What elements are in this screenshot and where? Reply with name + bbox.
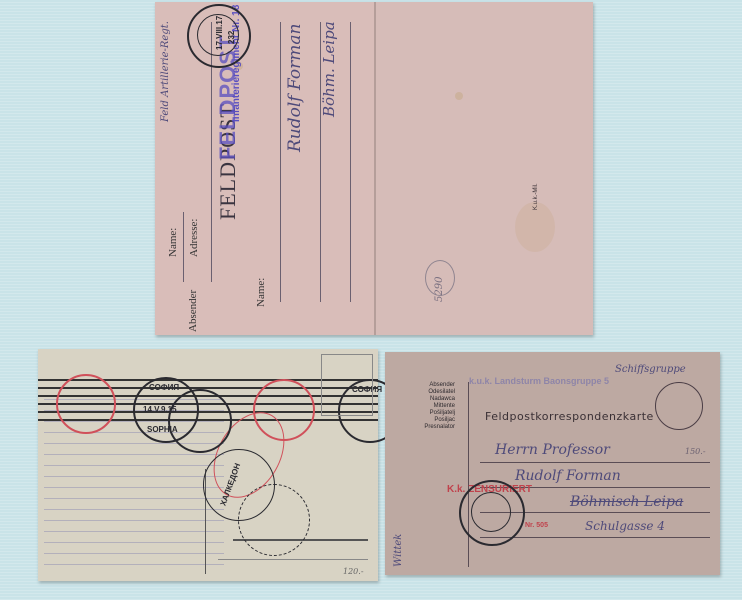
postmark-city: СОФИЯ <box>149 383 179 392</box>
second-postmark <box>168 389 232 453</box>
stamp-box <box>321 354 373 416</box>
address-line <box>280 22 281 302</box>
recipient-line: Herrn Professor <box>495 442 610 458</box>
etappenpostamt-postmark <box>459 480 525 546</box>
recipient-line: Rudolf Forman <box>515 468 621 484</box>
postmark-number: 232 <box>227 31 236 44</box>
card-title: Feldpostkorrespondenzkarte <box>485 410 654 423</box>
sender-label: Presnalator <box>415 424 455 431</box>
recipient-line: Böhmisch Leipa <box>570 494 683 510</box>
pencil-number: 5290 <box>434 277 445 302</box>
sender-label: Posiljac <box>415 417 455 424</box>
postmark-text: ХАЛКЕДОН <box>218 462 242 507</box>
feldpost-folded-card: Absender Name: Adresse: Name: FELDPOST F… <box>155 2 593 335</box>
unit-header: k.u.k. Landsturm Baonsgruppe 5 <box>469 376 609 386</box>
paper-stain <box>455 92 463 100</box>
postmark-date: 17.VIII.17 <box>215 16 224 50</box>
card-back-half <box>376 2 593 335</box>
sender-label: Nadawca <box>415 396 455 403</box>
address-label: Adresse: <box>188 219 200 258</box>
price-note: 150.- <box>685 447 706 456</box>
printer-mark: K.u.k.-Mil. <box>533 183 539 210</box>
recipient-name-label: Name: <box>255 278 267 307</box>
card-fold-line <box>374 2 376 335</box>
sender-labels: Absender Odesilatel Nadawca Mittente Poš… <box>415 382 455 431</box>
address-line <box>218 559 368 560</box>
feldpostamt-postmark: 17.VIII.17 232 <box>187 4 251 68</box>
dotted-postmark <box>238 484 310 556</box>
handwritten-place: Böhm. Leipa <box>320 21 338 117</box>
sender-handwriting: Wittek <box>393 534 404 567</box>
postmark-inner-ring <box>471 492 511 532</box>
price-note: 120.- <box>343 567 364 576</box>
handwritten-sender: Feld Artillerie-Regt. <box>160 21 171 122</box>
name-label: Name: <box>167 228 179 257</box>
censor-number: Nr. 505 <box>525 522 548 529</box>
sender-divider <box>468 382 469 567</box>
stamp-circle <box>655 382 703 430</box>
sender-label: Absender <box>187 290 199 332</box>
sender-label: Odesilatel <box>415 389 455 396</box>
address-line <box>480 537 710 538</box>
censor-stamp <box>56 374 116 434</box>
sender-label: Absender <box>415 382 455 389</box>
sender-label: Mittente <box>415 403 455 410</box>
handwritten-recipient: Rudolf Forman <box>285 24 305 152</box>
address-line <box>350 22 351 302</box>
address-line <box>480 462 710 463</box>
recipient-line: Schulgasse 4 <box>585 519 665 533</box>
bulgarian-postcard: СОФИЯ 14.V.9.15 SOPHIA ХАЛКЕДОН СОФИЯ 12… <box>38 349 378 581</box>
feldpostkorrespondenzkarte-card: k.u.k. Landsturm Baonsgruppe 5 Schiffsgr… <box>385 352 720 575</box>
header-handwriting: Schiffsgruppe <box>615 364 686 375</box>
sender-label: Pošiljatelj <box>415 410 455 417</box>
sender-line <box>183 212 184 282</box>
